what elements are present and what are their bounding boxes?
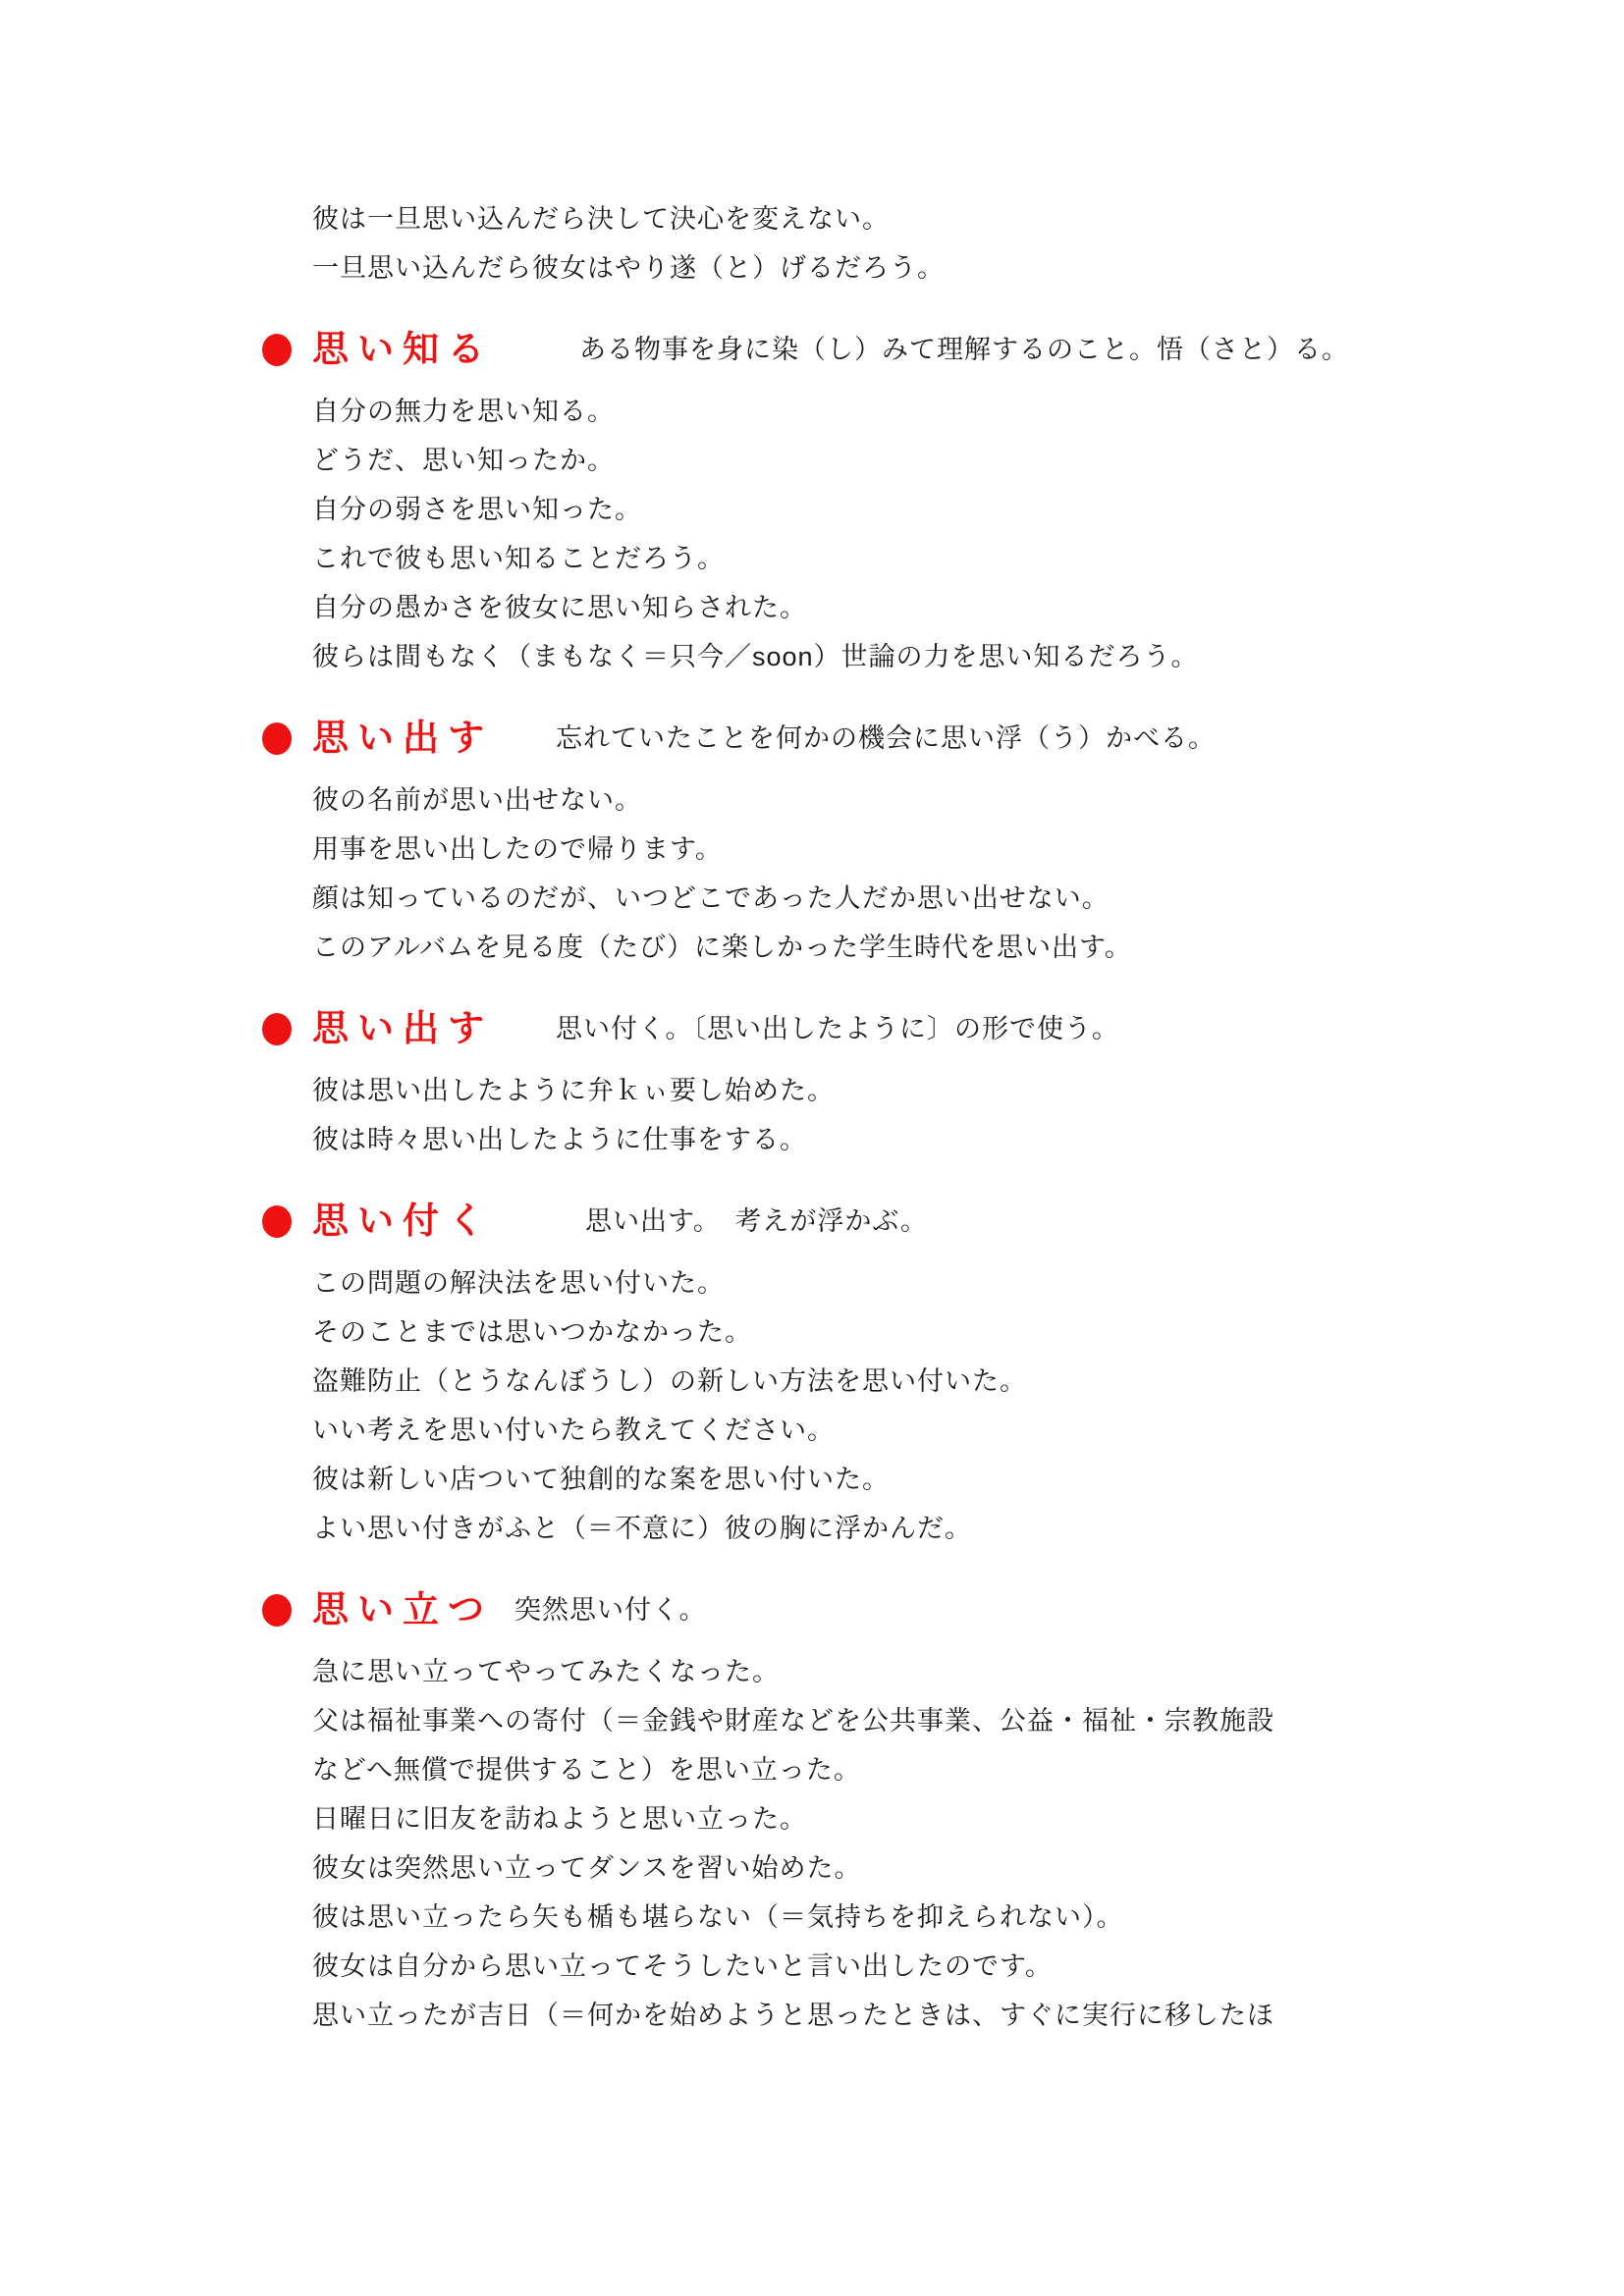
example-sentence: 自分の無力を思い知る。 [312,387,1624,436]
entry-term: 思い出す [312,711,493,766]
example-sentence: 彼女は自分から思い立ってそうしたいと言い出したのです。 [312,1942,1624,1991]
document-page: 彼は一旦思い込んだら決して決心を変えない。 一旦思い込んだら彼女はやり遂（と）げ… [0,0,1624,2296]
entry-definition: ある物事を身に染（し）みて理解するのこと。悟（さと）る。 [579,322,1349,377]
entry-term: 思い付く [312,1194,493,1249]
bullet-icon [262,1205,292,1238]
entry-definition: 忘れていたことを何かの機会に思い浮（う）かべる。 [556,711,1216,766]
example-sentence: この問題の解決法を思い付いた。 [312,1258,1624,1308]
example-sentence: 父は福祉事業への寄付（＝金銭や財産などを公共事業、公益・福祉・宗教施設 [312,1696,1624,1745]
entry-section-omoishiru: 思い知る ある物事を身に染（し）みて理解するのこと。悟（さと）る。 自分の無力を… [0,322,1624,681]
example-sentence: 盗難防止（とうなんぼうし）の新しい方法を思い付いた。 [312,1357,1624,1406]
example-sentence-continuation: などへ無償で提供すること）を思い立った。 [312,1745,1624,1794]
example-sentence: 彼は思い立ったら矢も楯も堪らない（＝気持ちを抑えられない）。 [312,1893,1624,1942]
example-sentence: 顔は知っているのだが、いつどこであった人だか思い出せない。 [312,874,1624,923]
bullet-icon [262,722,292,755]
entry-section-omoidasu-1: 思い出す 忘れていたことを何かの機会に思い浮（う）かべる。 彼の名前が思い出せな… [0,711,1624,972]
example-sentence: 彼女は突然思い立ってダンスを習い始めた。 [312,1843,1624,1893]
intro-block: 彼は一旦思い込んだら決して決心を変えない。 一旦思い込んだら彼女はやり遂（と）げ… [0,194,1624,293]
example-sentence: 彼は思い出したように弁ｋぃ要し始めた。 [312,1066,1624,1115]
entry-definition: 突然思い付く。 [514,1582,706,1637]
example-sentence: このアルバムを見る度（たび）に楽しかった学生時代を思い出す。 [312,923,1624,972]
example-sentence: 彼は新しい店ついて独創的な案を思い付いた。 [312,1455,1624,1504]
example-sentence: 用事を思い出したので帰ります。 [312,825,1624,874]
example-sentence: 急に思い立ってやってみたくなった。 [312,1647,1624,1696]
example-sentence-truncated: 思い立ったが吉日（＝何かを始めようと思ったときは、すぐに実行に移したほ [312,1991,1624,2040]
example-sentence: 彼らは間もなく（まもなく＝只今／soon）世論の力を思い知るだろう。 [312,632,1624,681]
bullet-icon [262,334,292,366]
entry-heading: 思い知る ある物事を身に染（し）みて理解するのこと。悟（さと）る。 [262,322,1624,377]
example-list: 自分の無力を思い知る。 どうだ、思い知ったか。 自分の弱さを思い知った。 これで… [0,387,1624,681]
intro-sentence: 彼は一旦思い込んだら決して決心を変えない。 [312,194,1624,243]
entry-term: 思い出す [312,1001,493,1056]
entry-heading: 思い出す 思い付く。〔思い出したように〕の形で使う。 [262,1001,1624,1056]
example-sentence: これで彼も思い知ることだろう。 [312,534,1624,583]
example-sentence: よい思い付きがふと（＝不意に）彼の胸に浮かんだ。 [312,1504,1624,1553]
example-sentence: 彼は時々思い出したように仕事をする。 [312,1115,1624,1164]
example-list: 彼は思い出したように弁ｋぃ要し始めた。 彼は時々思い出したように仕事をする。 [0,1066,1624,1164]
intro-sentence: 一旦思い込んだら彼女はやり遂（と）げるだろう。 [312,243,1624,293]
entry-heading: 思い出す 忘れていたことを何かの機会に思い浮（う）かべる。 [262,711,1624,766]
entry-section-omoitsuku: 思い付く 思い出す。 考えが浮かぶ。 この問題の解決法を思い付いた。 そのことま… [0,1194,1624,1553]
entry-definition: 思い出す。 考えが浮かぶ。 [585,1194,928,1249]
example-sentence: 彼の名前が思い出せない。 [312,775,1624,825]
entry-section-omoidasu-2: 思い出す 思い付く。〔思い出したように〕の形で使う。 彼は思い出したように弁ｋぃ… [0,1001,1624,1164]
example-list: この問題の解決法を思い付いた。 そのことまでは思いつかなかった。 盗難防止（とう… [0,1258,1624,1553]
example-sentence: そのことまでは思いつかなかった。 [312,1308,1624,1357]
example-sentence: どうだ、思い知ったか。 [312,436,1624,485]
entry-section-omoitatsu: 思い立つ 突然思い付く。 急に思い立ってやってみたくなった。 父は福祉事業への寄… [0,1582,1624,2040]
bullet-icon [262,1594,292,1627]
example-sentence: 日曜日に旧友を訪ねようと思い立った。 [312,1794,1624,1843]
entry-definition: 思い付く。〔思い出したように〕の形で使う。 [556,1001,1119,1056]
example-sentence: 自分の弱さを思い知った。 [312,485,1624,534]
entry-term: 思い立つ [312,1582,493,1637]
example-sentence: 自分の愚かさを彼女に思い知らされた。 [312,583,1624,632]
example-list: 彼の名前が思い出せない。 用事を思い出したので帰ります。 顔は知っているのだが、… [0,775,1624,972]
entry-heading: 思い付く 思い出す。 考えが浮かぶ。 [262,1194,1624,1249]
entry-term: 思い知る [312,322,493,377]
example-list: 急に思い立ってやってみたくなった。 父は福祉事業への寄付（＝金銭や財産などを公共… [0,1647,1624,2040]
entry-heading: 思い立つ 突然思い付く。 [262,1582,1624,1637]
bullet-icon [262,1013,292,1045]
example-sentence: いい考えを思い付いたら教えてください。 [312,1406,1624,1455]
